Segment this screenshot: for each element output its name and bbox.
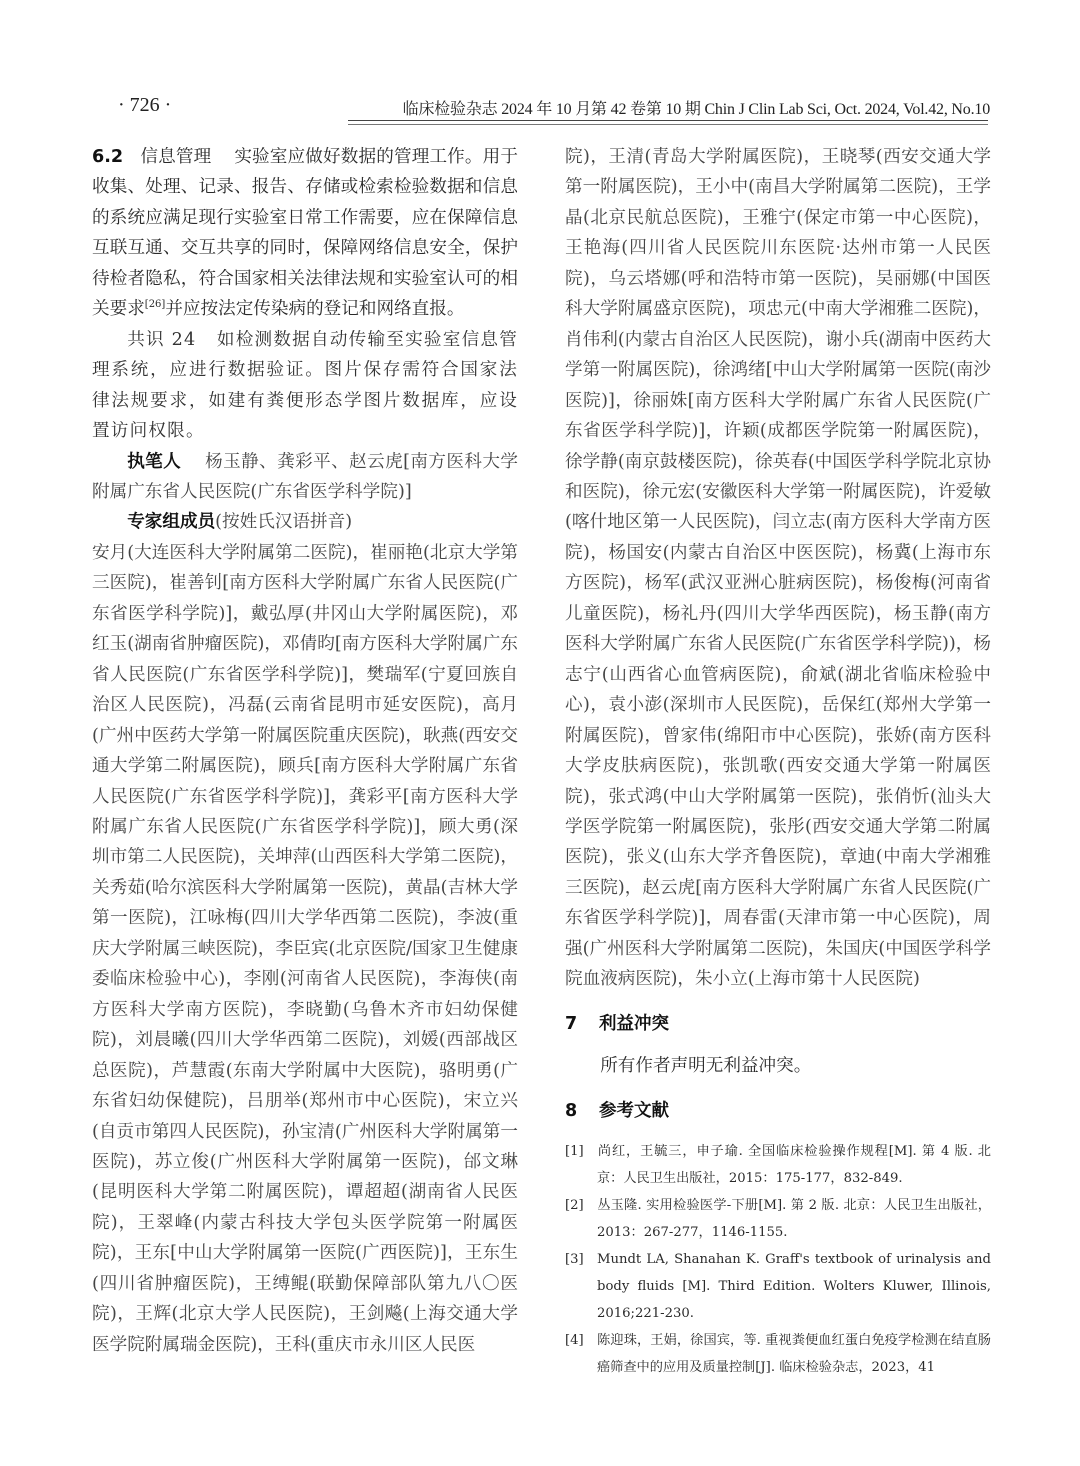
- reference-list: [1]尚红，王毓三，申子瑜. 全国临床检验操作规程[M]. 第 4 版. 北京：…: [565, 1138, 991, 1381]
- consensus-24: 共识 24 如检测数据自动传输至实验室信息管理系统，应进行数据验证。图片保存需符…: [92, 325, 518, 447]
- header-divider: [348, 120, 988, 125]
- experts-list-right: 院)，王清(青岛大学附属医院)，王晓琴(西安交通大学第一附属医院)，王小中(南昌…: [565, 142, 991, 995]
- experts-label: 专家组成员: [127, 512, 215, 532]
- experts-list-left: 安月(大连医科大学附属第二医院)，崔丽艳(北京大学第三医院)，崔善钊[南方医科大…: [92, 538, 518, 1360]
- consensus-label: 共识 24: [127, 330, 196, 350]
- experts-note: (按姓氏汉语拼音): [215, 512, 352, 532]
- left-column: 6.2 信息管理 实验室应做好数据的管理工作。用于收集、处理、记录、报告、存储或…: [92, 142, 518, 1360]
- section-6-2: 6.2 信息管理 实验室应做好数据的管理工作。用于收集、处理、记录、报告、存储或…: [92, 142, 518, 325]
- conflict-statement: 所有作者声明无利益冲突。: [565, 1051, 991, 1081]
- experts-heading: 专家组成员(按姓氏汉语拼音): [92, 507, 518, 537]
- page-number: · 726 ·: [118, 94, 171, 117]
- section-8-heading: 8参考文献: [565, 1096, 991, 1126]
- writers-label: 执笔人: [127, 452, 181, 472]
- section-body: 实验室应做好数据的管理工作。用于收集、处理、记录、报告、存储或检索检验数据和信息…: [92, 147, 518, 319]
- section-number: 6.2: [92, 147, 123, 167]
- section-title: 利益冲突: [599, 1014, 669, 1034]
- reference-item: [3]Mundt LA, Shanahan K. Graff's textboo…: [565, 1246, 991, 1327]
- page-header: · 726 · 临床检验杂志 2024 年 10 月第 42 卷第 10 期 C…: [0, 0, 1080, 130]
- reference-item: [2]丛玉隆. 实用检验医学-下册[M]. 第 2 版. 北京：人民卫生出版社，…: [565, 1192, 991, 1246]
- section-title: 参考文献: [599, 1101, 669, 1121]
- section-number: 7: [565, 1009, 599, 1039]
- writers: 执笔人 杨玉静、龚彩平、赵云虎[南方医科大学附属广东省人民医院(广东省医学科学院…: [92, 447, 518, 508]
- right-column: 院)，王清(青岛大学附属医院)，王晓琴(西安交通大学第一附属医院)，王小中(南昌…: [565, 142, 991, 1381]
- reference-item: [1]尚红，王毓三，申子瑜. 全国临床检验操作规程[M]. 第 4 版. 北京：…: [565, 1138, 991, 1192]
- section-number: 8: [565, 1096, 599, 1126]
- section-7-heading: 7利益冲突: [565, 1009, 991, 1039]
- section-title: 信息管理: [140, 147, 211, 167]
- citation[interactable]: [26]: [145, 299, 166, 310]
- journal-running-title: 临床检验杂志 2024 年 10 月第 42 卷第 10 期 Chin J Cl…: [350, 96, 990, 119]
- section-body-end: 并应按法定传染病的登记和网络直报。: [165, 299, 464, 319]
- reference-item: [4]陈迎珠，王娟，徐国宾，等. 重视粪便血红蛋白免疫学检测在结直肠癌筛查中的应…: [565, 1327, 991, 1381]
